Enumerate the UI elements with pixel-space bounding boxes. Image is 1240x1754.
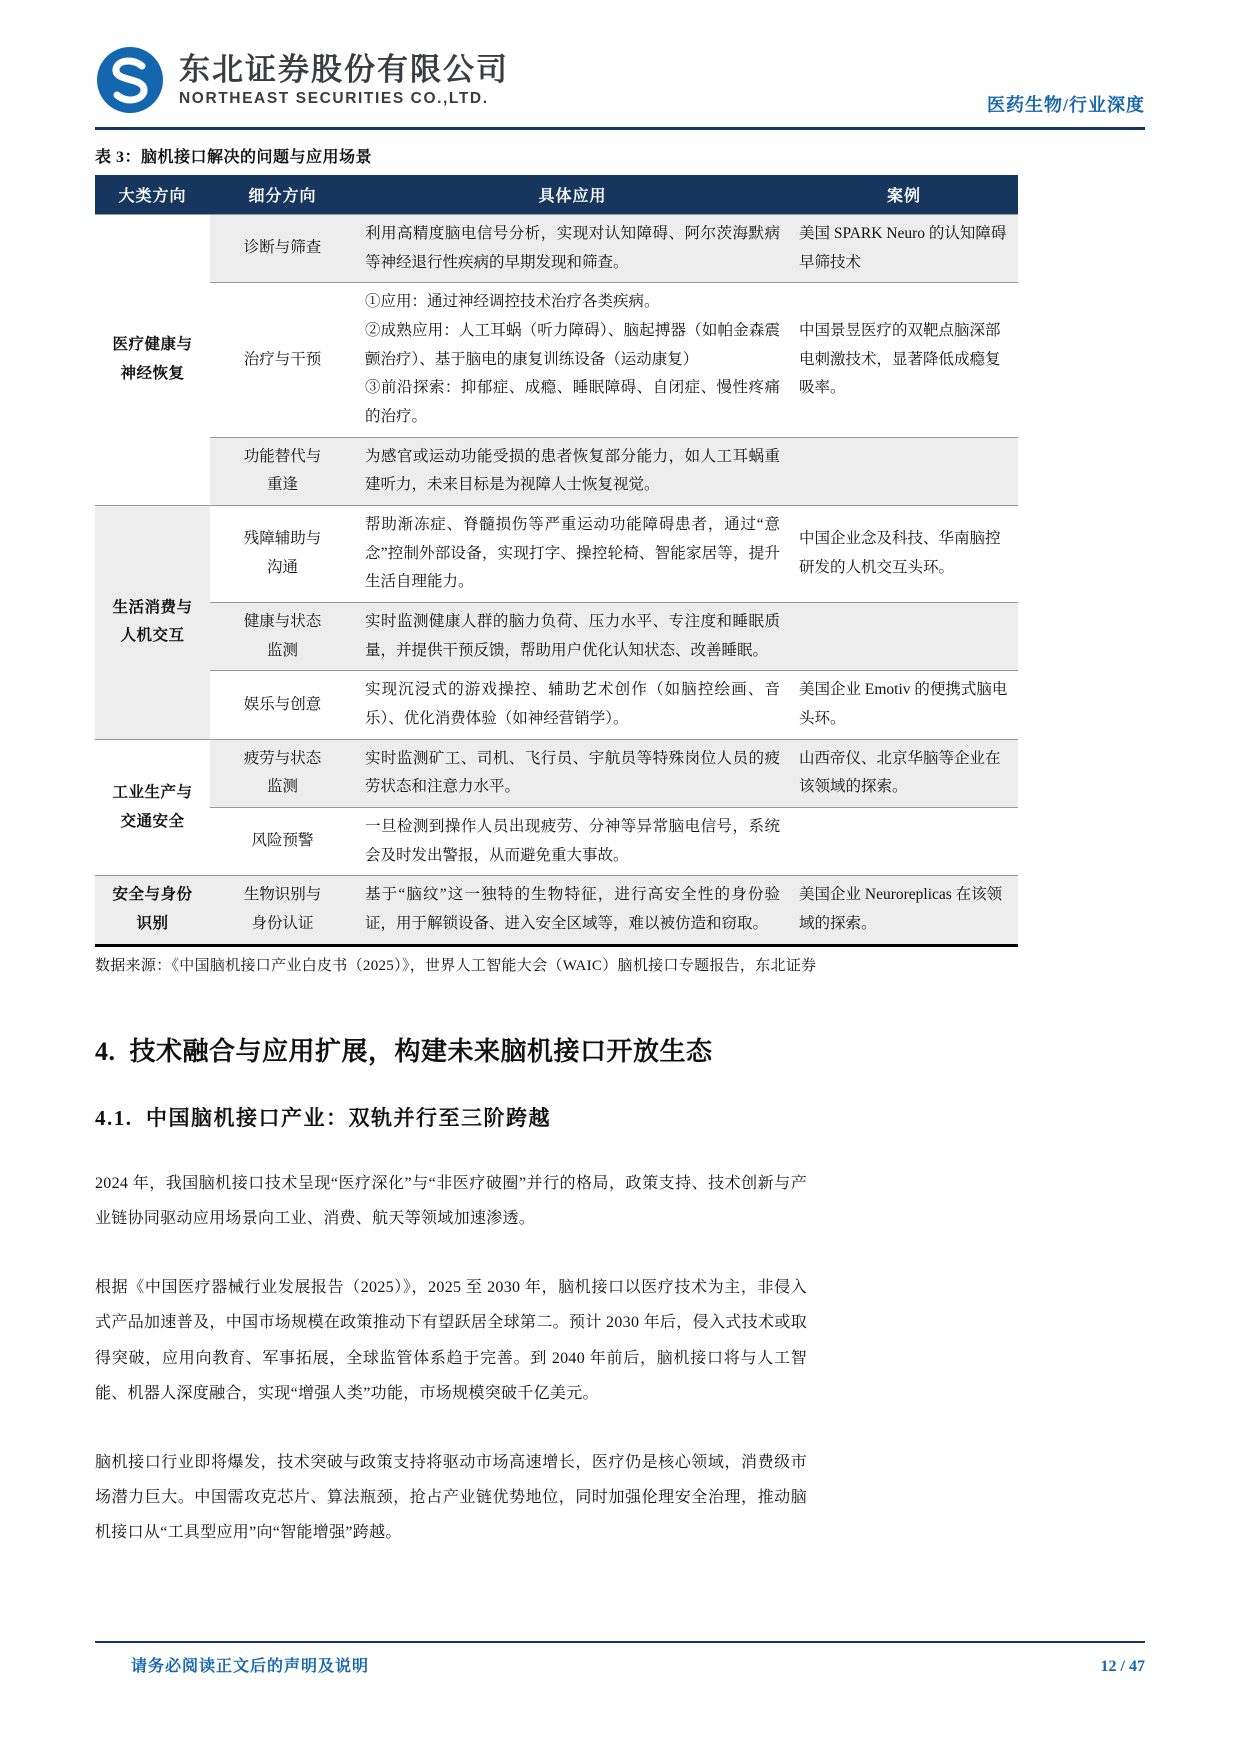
- subdivision-cell: 生物识别与 身份认证: [210, 876, 355, 945]
- report-category-tag: 医药生物/行业深度: [987, 91, 1145, 117]
- application-cell: 帮助渐冻症、脊髓损伤等严重运动功能障碍患者，通过“意念”控制外部设备，实现打字、…: [355, 506, 790, 603]
- col-header-application: 具体应用: [355, 175, 790, 215]
- company-name-block: 东北证券股份有限公司 NORTHEAST SECURITIES CO.,LTD.: [179, 52, 509, 108]
- case-cell: [790, 603, 1018, 671]
- application-cell: 利用高精度脑电信号分析，实现对认知障碍、阿尔茨海默病等神经退行性疾病的早期发现和…: [355, 215, 790, 283]
- category-cell: 生活消费与 人机交互: [95, 506, 210, 740]
- col-header-subdivision: 细分方向: [210, 175, 355, 215]
- table-row: 工业生产与 交通安全 疲劳与状态 监测 实时监测矿工、司机、飞行员、宇航员等特殊…: [95, 739, 1018, 807]
- application-cell: 实时监测矿工、司机、飞行员、宇航员等特殊岗位人员的疲劳状态和注意力水平。: [355, 739, 790, 807]
- category-cell: 医疗健康与 神经恢复: [95, 215, 210, 506]
- application-cell: 为感官或运动功能受损的患者恢复部分能力，如人工耳蜗重建听力，未来目标是为视障人士…: [355, 437, 790, 505]
- category-cell: 工业生产与 交通安全: [95, 739, 210, 876]
- body-paragraph: 脑机接口行业即将爆发，技术突破与政策支持将驱动市场高速增长，医疗仍是核心领域，消…: [95, 1445, 807, 1551]
- subdivision-cell: 娱乐与创意: [210, 671, 355, 739]
- table-row: 安全与身份 识别 生物识别与 身份认证 基于“脑纹”这一独特的生物特征，进行高安…: [95, 876, 1018, 945]
- table-row: 治疗与干预 ①应用：通过神经调控技术治疗各类疾病。 ②成熟应用：人工耳蜗（听力障…: [95, 283, 1018, 437]
- subdivision-cell: 诊断与筛查: [210, 215, 355, 283]
- case-cell: 山西帝仪、北京华脑等企业在该领域的探索。: [790, 739, 1018, 807]
- body-paragraph: 根据《中国医疗器械行业发展报告（2025）》，2025 至 2030 年，脑机接…: [95, 1270, 807, 1411]
- case-cell: 中国景昱医疗的双靶点脑深部电刺激技术，显著降低成瘾复吸率。: [790, 283, 1018, 437]
- header-divider: [95, 127, 1145, 130]
- footer-disclaimer: 请务必阅读正文后的声明及说明: [95, 1653, 369, 1676]
- subdivision-cell: 治疗与干预: [210, 283, 355, 437]
- col-header-category: 大类方向: [95, 175, 210, 215]
- application-cell: 实现沉浸式的游戏操控、辅助艺术创作（如脑控绘画、音乐）、优化消费体验（如神经营销…: [355, 671, 790, 739]
- table-row: 功能替代与 重逢 为感官或运动功能受损的患者恢复部分能力，如人工耳蜗重建听力，未…: [95, 437, 1018, 505]
- subsection-heading: 4.1. 中国脑机接口产业：双轨并行至三阶跨越: [95, 1102, 1145, 1132]
- application-cell: 基于“脑纹”这一独特的生物特征，进行高安全性的身份验证，用于解锁设备、进入安全区…: [355, 876, 790, 945]
- category-cell: 安全与身份 识别: [95, 876, 210, 945]
- section-heading: 4. 技术融合与应用扩展，构建未来脑机接口开放生态: [95, 1031, 1145, 1068]
- case-cell: [790, 437, 1018, 505]
- col-header-case: 案例: [790, 175, 1018, 215]
- case-cell: 美国 SPARK Neuro 的认知障碍早筛技术: [790, 215, 1018, 283]
- table-title: 表 3：脑机接口解决的问题与应用场景: [95, 144, 1145, 167]
- case-cell: 美国企业 Neuroreplicas 在该领域的探索。: [790, 876, 1018, 945]
- table-row: 生活消费与 人机交互 残障辅助与 沟通 帮助渐冻症、脊髓损伤等严重运动功能障碍患…: [95, 506, 1018, 603]
- application-cell: ①应用：通过神经调控技术治疗各类疾病。 ②成熟应用：人工耳蜗（听力障碍）、脑起搏…: [355, 283, 790, 437]
- application-cell: 一旦检测到操作人员出现疲劳、分神等异常脑电信号，系统会及时发出警报，从而避免重大…: [355, 808, 790, 876]
- company-name-en: NORTHEAST SECURITIES CO.,LTD.: [179, 90, 509, 108]
- subdivision-cell: 残障辅助与 沟通: [210, 506, 355, 603]
- table-source-note: 数据来源：《中国脑机接口产业白皮书（2025）》，世界人工智能大会（WAIC）脑…: [95, 954, 1018, 975]
- subdivision-cell: 功能替代与 重逢: [210, 437, 355, 505]
- page-footer: 请务必阅读正文后的声明及说明 12 / 47: [95, 1641, 1145, 1676]
- footer-divider: [95, 1641, 1145, 1643]
- table-row: 风险预警 一旦检测到操作人员出现疲劳、分神等异常脑电信号，系统会及时发出警报，从…: [95, 808, 1018, 876]
- table-row: 医疗健康与 神经恢复 诊断与筛查 利用高精度脑电信号分析，实现对认知障碍、阿尔茨…: [95, 215, 1018, 283]
- bci-applications-table: 大类方向 细分方向 具体应用 案例 医疗健康与 神经恢复 诊断与筛查 利用高精度…: [95, 175, 1018, 947]
- page-number: 12 / 47: [1101, 1658, 1145, 1676]
- table-header-row: 大类方向 细分方向 具体应用 案例: [95, 175, 1018, 215]
- application-cell: 实时监测健康人群的脑力负荷、压力水平、专注度和睡眠质量，并提供干预反馈，帮助用户…: [355, 603, 790, 671]
- company-logo-icon: [95, 45, 165, 115]
- table-row: 娱乐与创意 实现沉浸式的游戏操控、辅助艺术创作（如脑控绘画、音乐）、优化消费体验…: [95, 671, 1018, 739]
- page-header: 东北证券股份有限公司 NORTHEAST SECURITIES CO.,LTD.…: [95, 45, 1145, 123]
- case-cell: [790, 808, 1018, 876]
- case-cell: 中国企业念及科技、华南脑控研发的人机交互头环。: [790, 506, 1018, 603]
- body-paragraph: 2024 年，我国脑机接口技术呈现“医疗深化”与“非医疗破圈”并行的格局，政策支…: [95, 1166, 807, 1236]
- subdivision-cell: 疲劳与状态 监测: [210, 739, 355, 807]
- subdivision-cell: 风险预警: [210, 808, 355, 876]
- report-page: 东北证券股份有限公司 NORTHEAST SECURITIES CO.,LTD.…: [0, 0, 1240, 1754]
- case-cell: 美国企业 Emotiv 的便携式脑电头环。: [790, 671, 1018, 739]
- company-name-cn: 东北证券股份有限公司: [179, 52, 509, 88]
- table-row: 健康与状态 监测 实时监测健康人群的脑力负荷、压力水平、专注度和睡眠质量，并提供…: [95, 603, 1018, 671]
- subdivision-cell: 健康与状态 监测: [210, 603, 355, 671]
